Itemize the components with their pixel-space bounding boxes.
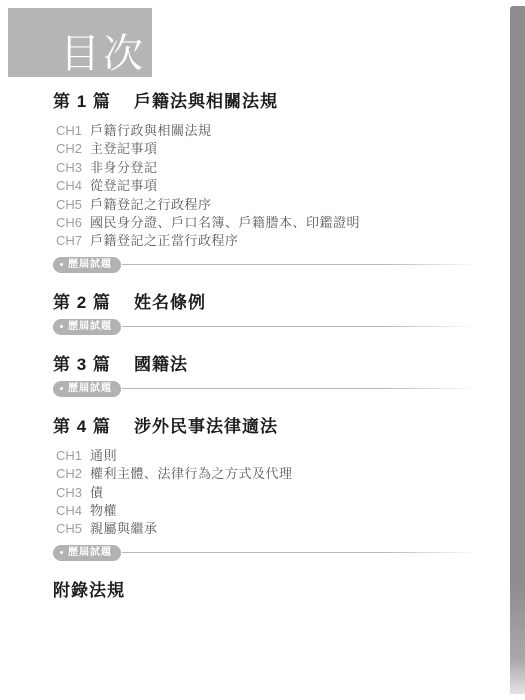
- divider-line: [122, 264, 495, 265]
- chapter-label: CH3: [56, 484, 90, 502]
- toc-section: 第 4 篇 涉外民事法律適法 CH1通則CH2權利主體、法律行為之方式及代理CH…: [53, 417, 495, 561]
- section-number: 第 4 篇: [53, 417, 134, 437]
- chapter-row: CH3非身分登記: [56, 159, 495, 177]
- appendix-title: 附錄法規: [53, 581, 495, 601]
- past-exams-badge-label: 歷屆試題: [68, 260, 112, 270]
- past-exams-badge: 歷屆試題: [53, 545, 121, 561]
- chapter-title: 戶籍行政與相關法規: [90, 122, 212, 140]
- chapter-title: 主登記事項: [90, 140, 158, 158]
- bullet-icon: [60, 263, 63, 266]
- chapter-row: CH1戶籍行政與相關法規: [56, 122, 495, 140]
- section-number: 第 1 篇: [53, 92, 134, 112]
- past-exams-badge: 歷屆試題: [53, 257, 121, 273]
- chapter-list: CH1戶籍行政與相關法規CH2主登記事項CH3非身分登記CH4從登記事項CH5戶…: [56, 122, 495, 251]
- past-exams-row: 歷屆試題: [53, 381, 495, 397]
- chapter-label: CH4: [56, 502, 90, 520]
- bullet-icon: [60, 387, 63, 390]
- page-title: 目次: [60, 34, 146, 74]
- toc-section: 第 3 篇 國籍法 歷屆試題: [53, 355, 495, 397]
- chapter-row: CH5戶籍登記之行政程序: [56, 196, 495, 214]
- page-edge-strip: [510, 6, 525, 694]
- section-header: 第 1 篇 戶籍法與相關法規: [53, 92, 495, 112]
- chapter-title: 從登記事項: [90, 177, 158, 195]
- chapter-label: CH6: [56, 214, 90, 232]
- bullet-icon: [60, 325, 63, 328]
- chapter-label: CH2: [56, 465, 90, 483]
- bullet-icon: [60, 551, 63, 554]
- past-exams-row: 歷屆試題: [53, 257, 495, 273]
- chapter-row: CH1通則: [56, 447, 495, 465]
- chapter-label: CH4: [56, 177, 90, 195]
- chapter-label: CH3: [56, 159, 90, 177]
- past-exams-badge: 歷屆試題: [53, 319, 121, 335]
- chapter-list: CH1通則CH2權利主體、法律行為之方式及代理CH3債CH4物權CH5親屬與繼承: [56, 447, 495, 539]
- section-header: 第 4 篇 涉外民事法律適法: [53, 417, 495, 437]
- chapter-label: CH1: [56, 447, 90, 465]
- chapter-row: CH2主登記事項: [56, 140, 495, 158]
- section-title: 國籍法: [134, 355, 188, 375]
- chapter-row: CH4物權: [56, 502, 495, 520]
- chapter-label: CH1: [56, 122, 90, 140]
- chapter-title: 債: [90, 484, 104, 502]
- page-title-box: 目次: [8, 8, 152, 77]
- past-exams-badge-label: 歷屆試題: [68, 384, 112, 394]
- divider-line: [122, 326, 495, 327]
- past-exams-badge-label: 歷屆試題: [68, 322, 112, 332]
- section-header: 第 2 篇 姓名條例: [53, 293, 495, 313]
- chapter-title: 非身分登記: [90, 159, 158, 177]
- chapter-title: 戶籍登記之行政程序: [90, 196, 212, 214]
- chapter-row: CH4從登記事項: [56, 177, 495, 195]
- past-exams-badge: 歷屆試題: [53, 381, 121, 397]
- section-number: 第 2 篇: [53, 293, 134, 313]
- section-list: 第 1 篇 戶籍法與相關法規 CH1戶籍行政與相關法規CH2主登記事項CH3非身…: [53, 92, 495, 561]
- chapter-label: CH2: [56, 140, 90, 158]
- toc-page: 目次 第 1 篇 戶籍法與相關法規 CH1戶籍行政與相關法規CH2主登記事項CH…: [0, 0, 525, 700]
- toc-section: 第 2 篇 姓名條例 歷屆試題: [53, 293, 495, 335]
- chapter-title: 權利主體、法律行為之方式及代理: [90, 465, 293, 483]
- past-exams-badge-label: 歷屆試題: [68, 548, 112, 558]
- chapter-label: CH5: [56, 196, 90, 214]
- chapter-row: CH2權利主體、法律行為之方式及代理: [56, 465, 495, 483]
- toc-section: 第 1 篇 戶籍法與相關法規 CH1戶籍行政與相關法規CH2主登記事項CH3非身…: [53, 92, 495, 273]
- chapter-row: CH3債: [56, 484, 495, 502]
- chapter-title: 戶籍登記之正當行政程序: [90, 232, 239, 250]
- section-title: 涉外民事法律適法: [134, 417, 278, 437]
- chapter-row: CH5親屬與繼承: [56, 520, 495, 538]
- section-number: 第 3 篇: [53, 355, 134, 375]
- past-exams-row: 歷屆試題: [53, 545, 495, 561]
- toc-content: 第 1 篇 戶籍法與相關法規 CH1戶籍行政與相關法規CH2主登記事項CH3非身…: [53, 92, 495, 601]
- chapter-row: CH6國民身分證、戶口名簿、戶籍謄本、印鑑證明: [56, 214, 495, 232]
- chapter-row: CH7戶籍登記之正當行政程序: [56, 232, 495, 250]
- divider-line: [122, 388, 495, 389]
- section-title: 戶籍法與相關法規: [134, 92, 278, 112]
- section-header: 第 3 篇 國籍法: [53, 355, 495, 375]
- chapter-title: 國民身分證、戶口名簿、戶籍謄本、印鑑證明: [90, 214, 360, 232]
- chapter-title: 通則: [90, 447, 117, 465]
- past-exams-row: 歷屆試題: [53, 319, 495, 335]
- section-title: 姓名條例: [134, 293, 206, 313]
- divider-line: [122, 552, 495, 553]
- chapter-title: 親屬與繼承: [90, 520, 158, 538]
- chapter-label: CH5: [56, 520, 90, 538]
- chapter-title: 物權: [90, 502, 117, 520]
- chapter-label: CH7: [56, 232, 90, 250]
